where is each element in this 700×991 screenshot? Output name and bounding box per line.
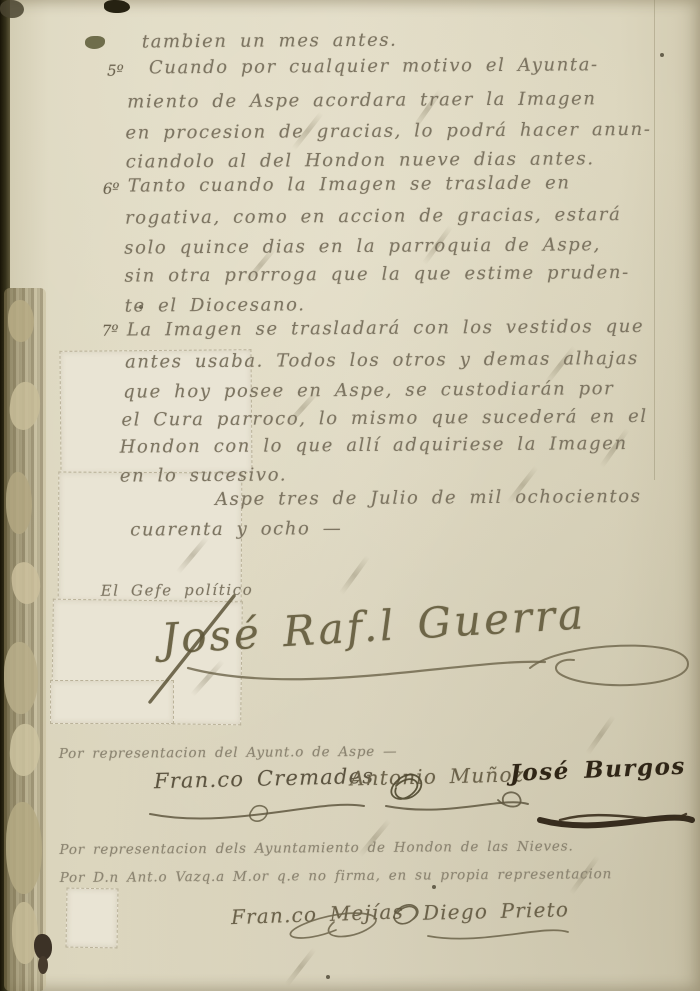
manuscript-line: en procesion de gracias, lo podrá hacer …	[125, 119, 651, 144]
hondon-representation-line: Por representacion dels Ayuntamiento de …	[59, 838, 573, 858]
hondon-note-line: Por D.n Ant.o Vazq.a M.or q.e no firma, …	[60, 866, 612, 886]
manuscript-line: el Cura parroco, lo mismo que sucederá e…	[121, 406, 647, 431]
signature-cremades: Fran.co Cremades	[154, 764, 375, 793]
manuscript-line: que hoy posee en Aspe, se custodiarán po…	[123, 378, 614, 402]
signature-munoz: Antonio Muñoz	[350, 762, 525, 790]
signature-burgos: José Burgos	[509, 753, 686, 787]
handwriting-layer: tambien un mes antes. 5º Cuando por cual…	[0, 0, 700, 991]
item-number: 6º	[103, 180, 120, 198]
item-number: 7º	[102, 322, 119, 340]
manuscript-line: Hondon con lo que allí adquiriese la Ima…	[120, 433, 628, 458]
signature-prieto: Diego Prieto	[423, 897, 570, 925]
manuscript-line: sin otra prorroga que la que estime prud…	[124, 262, 629, 287]
manuscript-line: Tanto cuando la Imagen se traslade en	[128, 172, 571, 196]
manuscript-line: Cuando por cualquier motivo el Ayunta-	[149, 54, 599, 78]
manuscript-line: La Imagen se trasladará con los vestidos…	[127, 316, 644, 341]
manuscript-line: solo quince dias en la parroquia de Aspe…	[124, 234, 601, 258]
jefe-politico-label: El Gefe político	[101, 581, 254, 600]
item-number: 5º	[107, 62, 124, 80]
manuscript-line: rogativa, como en accion de gracias, est…	[125, 204, 621, 228]
manuscript-page: tambien un mes antes. 5º Cuando por cual…	[0, 0, 700, 991]
manuscript-line: te el Diocesano.	[125, 294, 306, 316]
manuscript-line: tambien un mes antes.	[142, 30, 398, 53]
signature-mejias: Fran.co Mejías	[231, 899, 405, 929]
aspe-representation-line: Por representacion del Ayunt.o de Aspe —	[59, 744, 398, 762]
dateline: cuarenta y ocho —	[130, 518, 342, 540]
manuscript-line: ciandolo al del Hondon nueve dias antes.	[126, 148, 595, 172]
dateline: Aspe tres de Julio de mil ochocientos	[215, 486, 642, 510]
manuscript-line: en lo sucesivo.	[120, 464, 287, 486]
manuscript-line: miento de Aspe acordara traer la Imagen	[127, 88, 596, 112]
jefe-politico-signature: José Raf.l Guerra	[160, 589, 588, 663]
manuscript-line: antes usaba. Todos los otros y demas alh…	[125, 348, 639, 373]
